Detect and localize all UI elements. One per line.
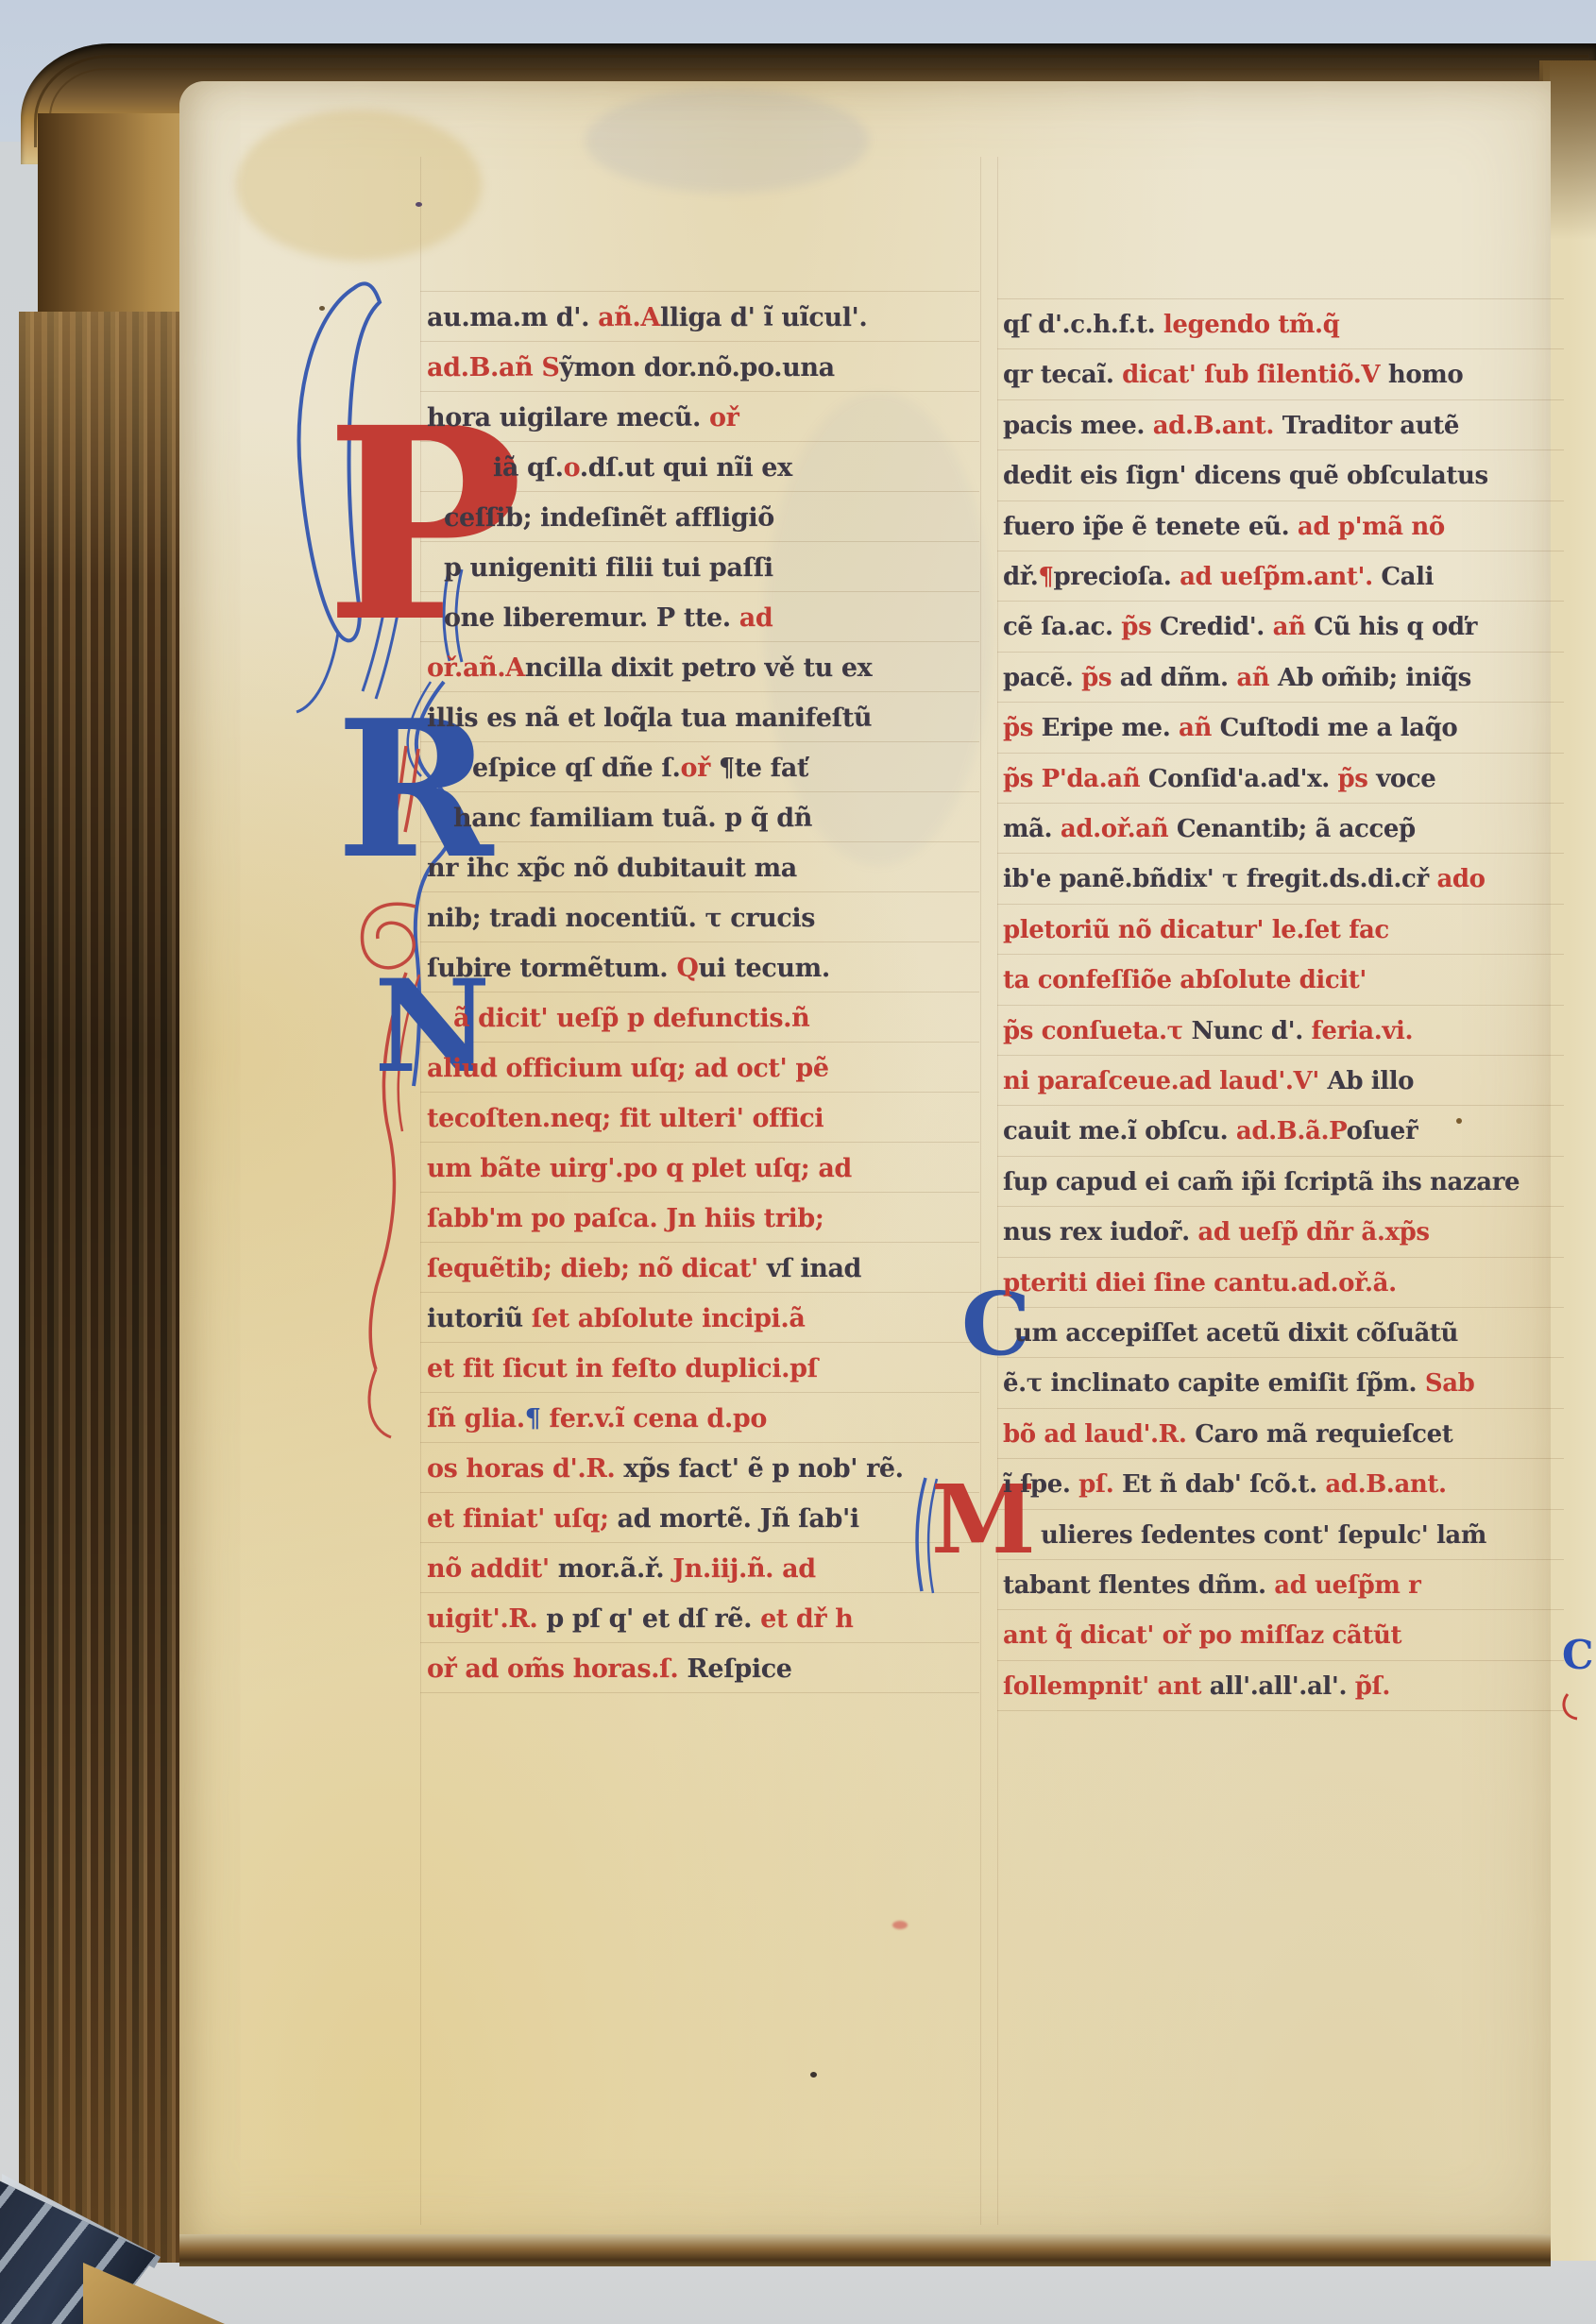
text-segment: hanc familiam tuã. p q̃ dñ <box>453 804 812 833</box>
text-segment: vſ inad <box>767 1254 861 1283</box>
text-segment: legendo tm̃.q̃ <box>1163 311 1340 339</box>
text-segment: tabant flentes dñm. <box>1003 1571 1274 1600</box>
text-line: et finiat' uſq; ad mortẽ. Jñ ſab'i <box>427 1494 859 1544</box>
book-bottom-page-edges <box>179 2234 1551 2266</box>
text-segment: ẽ.τ inclinato capite emiſit ſp̃m. <box>1003 1369 1425 1398</box>
text-line: oř ad om̃s horas.ſ. Reſpice <box>427 1644 792 1694</box>
text-line: ulieres ſedentes cont' ſepulc' lam̃ <box>1041 1511 1486 1561</box>
text-line: pacis mee. ad.B.ant. Traditor autẽ <box>1003 401 1459 451</box>
text-segment: mor.ã.ř. <box>558 1554 673 1584</box>
text-segment: et fit ſicut in feſto duplici.pſ <box>427 1354 818 1383</box>
text-line: pteriti diei ſine cantu.ad.oř.ã. <box>1003 1259 1397 1309</box>
text-segment: ceſſib; indeſinẽt affligiõ <box>444 503 774 533</box>
text-line: ni paraſceue.ad laud'.V' Ab illo <box>1003 1057 1414 1107</box>
text-segment: nus rex iudor̃. <box>1003 1218 1197 1247</box>
text-segment: ant q̃ dicat' oř po miſſaz cãtũt <box>1003 1621 1401 1650</box>
text-segment: Ab om̃ib; iniq̃s <box>1278 664 1471 692</box>
parchment-stain <box>236 110 482 261</box>
ink-speck <box>810 2072 817 2078</box>
text-segment: qr tecaĩ. <box>1003 361 1122 389</box>
text-segment: ỹmon dor.nõ.po.una <box>559 353 834 382</box>
text-segment: oř ad om̃s horas.ſ. <box>427 1654 687 1684</box>
text-segment: ni paraſceue.ad laud'.V' <box>1003 1067 1328 1095</box>
text-segment: iã qſ. <box>493 453 564 483</box>
text-line: ſubire tormẽtum. Qui tecum. <box>427 943 830 993</box>
text-segment: ncilla dixit petro vě tu ex <box>525 653 873 683</box>
text-segment: ¶ <box>525 1404 550 1433</box>
text-line: dedit eis ſign' dicens quẽ obſculatus <box>1003 451 1488 501</box>
text-line: ã dicit' ueſp̃ p defunctis.ñ <box>453 993 809 1043</box>
text-line: et fit ſicut in feſto duplici.pſ <box>427 1344 818 1394</box>
text-segment: cẽ ſa.ac. <box>1003 613 1121 641</box>
text-segment: ¶te fať <box>719 754 808 783</box>
text-segment: Traditor autẽ <box>1282 412 1459 440</box>
text-segment: voce <box>1376 765 1435 793</box>
text-segment: um accepiſſet acetũ dixit cõſuãtũ <box>1014 1319 1458 1348</box>
text-segment: dedit eis ſign' dicens quẽ obſculatus <box>1003 462 1488 490</box>
text-segment: dř. <box>1003 563 1038 591</box>
text-line: ſollempnit' ant all'.all'.al'. p̃ſ. <box>1003 1662 1390 1712</box>
book-spine-edges <box>19 312 189 2263</box>
text-segment: pſ. <box>1078 1470 1122 1499</box>
text-line: au.ma.m d'. añ.Alliga d' ĩ uĩcul'. <box>427 293 867 343</box>
ruled-line-vertical <box>997 157 998 2225</box>
text-segment: ã dicit' ueſp̃ p defunctis.ñ <box>453 1004 809 1033</box>
text-segment: Credid'. <box>1160 613 1273 641</box>
text-segment: uigit'.R. <box>427 1604 546 1634</box>
text-line: ĩ ſpe. pſ. Et ñ dab' ſcõ.t. ad.B.ant. <box>1003 1460 1447 1510</box>
text-segment: ſollempnit' ant <box>1003 1672 1210 1701</box>
ruled-line-horizontal <box>997 298 1564 299</box>
text-segment: cauit me.ĩ obſcu. <box>1003 1117 1236 1145</box>
text-segment: añ <box>1179 714 1220 742</box>
text-segment: eſpice qſ dñe ſ. <box>472 754 681 783</box>
text-line: dř.¶precioſa. ad ueſp̃m.ant'. Cali <box>1003 552 1434 602</box>
text-segment: os horas d'.R. <box>427 1454 623 1484</box>
text-segment: ĩ ſpe. <box>1003 1470 1078 1499</box>
text-segment: .dſ.ut qui nĩi ex <box>580 453 792 483</box>
text-segment: Ab illo <box>1328 1067 1415 1095</box>
text-segment: illis es nã et loq̃la tua manifeſtũ <box>427 704 872 733</box>
text-segment: ſequẽtib; dieb; nõ dicat' <box>427 1254 767 1283</box>
text-line: illis es nã et loq̃la tua manifeſtũ <box>427 693 872 743</box>
text-line: pletoriũ nõ dicatur' le.ſet fac <box>1003 906 1389 956</box>
text-line: hanc familiam tuã. p q̃ dñ <box>453 793 812 843</box>
text-segment: dicat' ſub ſilentiõ.V <box>1122 361 1388 389</box>
text-segment: ad.B.ã.P <box>1236 1117 1347 1145</box>
text-segment: ad.oř.añ <box>1061 815 1177 843</box>
text-segment: xp̃s fact' ẽ p nob' rẽ. <box>623 1454 903 1484</box>
text-segment: ad.B.ant. <box>1325 1470 1446 1499</box>
text-segment: Reſpice <box>687 1654 791 1684</box>
text-line: hora uigilare mecũ. oř <box>427 393 739 443</box>
photo-of-manuscript: { "inks": {"dark": "#3e3944", "red": "#c… <box>0 0 1596 2324</box>
text-segment: bõ ad laud'.R. <box>1003 1420 1195 1449</box>
text-segment: et dř h <box>760 1604 853 1634</box>
text-line: iutoriũ ſet abſolute incipi.ã <box>427 1294 806 1344</box>
text-line: tecoſten.neq; fit ulteri' offici <box>427 1094 823 1144</box>
text-segment: ad ueſp̃m.ant'. <box>1180 563 1381 591</box>
text-line: nib; tradi nocentiũ. τ crucis <box>427 893 815 943</box>
text-segment: nr ihc xp̃c nõ dubitauit ma <box>427 854 797 883</box>
parchment-page: PRNCM au.ma.m d'. añ.Alliga d' ĩ uĩcul'.… <box>179 81 1551 2246</box>
text-segment: fer.v.ĩ cena d.po <box>550 1404 767 1433</box>
text-segment: oř <box>681 754 719 783</box>
text-line: cẽ ſa.ac. p̃s Credid'. añ Cũ his q oďr <box>1003 602 1477 653</box>
text-segment: nõ addit' <box>427 1554 558 1584</box>
text-segment: ad ueſp̃ dñr ã.xp̃s <box>1197 1218 1429 1247</box>
text-segment: p̃s <box>1003 714 1042 742</box>
text-segment: all'.all'.al'. <box>1210 1672 1355 1701</box>
text-segment: pacis mee. <box>1003 412 1153 440</box>
text-line: one liberemur. P tte. ad <box>444 593 773 643</box>
text-segment: Cali <box>1381 563 1434 591</box>
text-segment: pacẽ. <box>1003 664 1081 692</box>
text-segment: añ <box>1273 613 1315 641</box>
text-segment: au.ma.m d'. <box>427 303 598 332</box>
text-segment: ad p'mã nõ <box>1298 513 1445 541</box>
text-segment: et finiat' uſq; <box>427 1504 618 1534</box>
text-line: ſup capud ei cam̃ ip̃i ſcriptã ihs nazar… <box>1003 1158 1520 1208</box>
text-segment: ib'e panẽ.bñdix' τ fregit.ds.di.cř <box>1003 865 1436 893</box>
text-segment: ui tecum. <box>698 954 829 983</box>
text-segment: Eripe me. <box>1042 714 1179 742</box>
text-segment: Cenantib; ã accep̃ <box>1177 815 1416 843</box>
book-corner-under-clip <box>83 2263 225 2324</box>
text-line: bõ ad laud'.R. Caro mã requieſcet <box>1003 1410 1452 1460</box>
text-line: tabant flentes dñm. ad ueſp̃m r <box>1003 1561 1420 1611</box>
text-segment: ſup capud ei cam̃ ip̃i ſcriptã ihs nazar… <box>1003 1168 1520 1196</box>
text-line: mã. ad.oř.añ Cenantib; ã accep̃ <box>1003 805 1416 855</box>
text-segment: ſñ glia. <box>427 1404 525 1433</box>
text-segment: ſet abſolute incipi.ã <box>532 1304 806 1333</box>
text-segment: Q <box>676 954 698 983</box>
text-segment: iutoriũ <box>427 1304 532 1333</box>
text-line: eſpice qſ dñe ſ.oř ¶te fať <box>472 743 808 793</box>
text-line: p̃s Eripe me. añ Cuſtodi me a laq̃o <box>1003 704 1457 754</box>
text-line: fuero ip̃e ẽ tenete eũ. ad p'mã nõ <box>1003 502 1445 552</box>
text-segment: p̃s <box>1121 613 1160 641</box>
text-line: qſ d'.c.h.f.t. legendo tm̃.q̃ <box>1003 300 1339 350</box>
text-line: ceſſib; indeſinẽt affligiõ <box>444 493 774 543</box>
text-segment: pletoriũ nõ dicatur' le.ſet fac <box>1003 916 1389 944</box>
text-segment: añ.A <box>598 303 660 332</box>
text-segment: fuero ip̃e ẽ tenete eũ. <box>1003 513 1298 541</box>
text-segment: Conſid'a.ad'x. <box>1148 765 1338 793</box>
text-line: um accepiſſet acetũ dixit cõſuãtũ <box>1014 1309 1458 1359</box>
text-segment: precioſa. <box>1054 563 1180 591</box>
text-line: p̃s conſueta.τ Nunc d'. feria.vi. <box>1003 1007 1413 1057</box>
text-segment: aliud officium uſq; ad oct' pẽ <box>427 1054 829 1083</box>
text-segment: Jn.iij.ñ. ad <box>672 1554 816 1584</box>
red-smudge <box>892 1921 908 1929</box>
text-line: qr tecaĩ. dicat' ſub ſilentiõ.V homo <box>1003 350 1463 400</box>
text-line: aliud officium uſq; ad oct' pẽ <box>427 1043 829 1094</box>
text-segment: o <box>564 453 580 483</box>
text-segment: añ <box>1236 664 1278 692</box>
text-line: cauit me.ĩ obſcu. ad.B.ã.Poſuer̃ <box>1003 1107 1418 1157</box>
text-segment: oſuer̃ <box>1347 1117 1418 1145</box>
text-segment: p̃s <box>1081 664 1120 692</box>
text-segment: one liberemur. P tte. <box>444 603 739 633</box>
text-segment: qſ d'.c.h.f.t. <box>1003 311 1163 339</box>
text-segment: p̃ſ. <box>1355 1672 1390 1701</box>
text-segment: Cũ his q oďr <box>1314 613 1477 641</box>
text-segment: lliga d' ĩ uĩcul'. <box>660 303 867 332</box>
text-line: ta confeſſiõe abſolute dicit' <box>1003 956 1367 1006</box>
text-line: ſequẽtib; dieb; nõ dicat' vſ inad <box>427 1244 861 1294</box>
text-segment: ulieres ſedentes cont' ſepulc' lam̃ <box>1041 1521 1486 1550</box>
text-segment: ta confeſſiõe abſolute dicit' <box>1003 966 1367 994</box>
text-segment: mã. <box>1003 815 1061 843</box>
text-segment: Sab <box>1425 1369 1475 1398</box>
text-segment: Cuſtodi me a laq̃o <box>1220 714 1458 742</box>
text-segment: pteriti diei ſine cantu.ad.oř.ã. <box>1003 1269 1397 1298</box>
ink-speck <box>1456 1118 1462 1124</box>
text-segment: p̃s conſueta.τ <box>1003 1017 1191 1045</box>
text-line: ib'e panẽ.bñdix' τ fregit.ds.di.cř ado <box>1003 855 1486 905</box>
text-line: os horas d'.R. xp̃s fact' ẽ p nob' rẽ. <box>427 1444 904 1494</box>
text-segment: tecoſten.neq; fit ulteri' offici <box>427 1104 823 1133</box>
text-segment: nib; tradi nocentiũ. τ crucis <box>427 904 815 933</box>
text-segment: hora uigilare mecũ. <box>427 403 709 433</box>
text-segment: oř.añ.A <box>427 653 525 683</box>
text-segment: ad dñm. <box>1120 664 1237 692</box>
text-line: iã qſ.o.dſ.ut qui nĩi ex <box>493 443 792 493</box>
text-segment: p̃s <box>1338 765 1377 793</box>
text-segment: Nunc d'. <box>1191 1017 1311 1045</box>
text-segment: p̃s P'da.añ <box>1003 765 1148 793</box>
text-line: ſabb'm po paſca. Jn hiis trib; <box>427 1194 823 1244</box>
text-line: nr ihc xp̃c nõ dubitauit ma <box>427 843 797 893</box>
text-line: um bãte uirg'.po q plet uſq; ad <box>427 1144 852 1194</box>
text-line: pacẽ. p̃s ad dñm. añ Ab om̃ib; iniq̃s <box>1003 653 1471 704</box>
text-line: nõ addit' mor.ã.ř. Jn.iij.ñ. ad <box>427 1544 816 1594</box>
next-page-initial-letter: C <box>1562 1636 1593 1675</box>
ruled-line-vertical <box>980 157 981 2225</box>
text-segment: ſabb'm po paſca. Jn hiis trib; <box>427 1204 823 1233</box>
text-segment: oř <box>709 403 739 433</box>
text-line: ad.B.añ Sỹmon dor.nõ.po.una <box>427 343 835 393</box>
text-segment: ſubire tormẽtum. <box>427 954 676 983</box>
text-segment: p pſ q' et dſ rẽ. <box>546 1604 760 1634</box>
text-segment: p unigeniti filii tui paſſi <box>444 553 773 583</box>
text-segment: ad <box>739 603 773 633</box>
text-line: ſñ glia.¶ fer.v.ĩ cena d.po <box>427 1394 767 1444</box>
text-segment: feria.vi. <box>1312 1017 1414 1045</box>
text-line: nus rex iudor̃. ad ueſp̃ dñr ã.xp̃s <box>1003 1208 1430 1258</box>
text-segment: Et ñ dab' ſcõ.t. <box>1122 1470 1325 1499</box>
text-segment: ad ueſp̃m r <box>1274 1571 1420 1600</box>
text-line: ẽ.τ inclinato capite emiſit ſp̃m. Sab <box>1003 1359 1474 1409</box>
text-line: p̃s P'da.añ Conſid'a.ad'x. p̃s voce <box>1003 755 1435 805</box>
text-line: p unigeniti filii tui paſſi <box>444 543 773 593</box>
next-page-red-flourish <box>1558 1690 1587 1724</box>
text-segment: Caro mã requieſcet <box>1195 1420 1452 1449</box>
text-line: uigit'.R. p pſ q' et dſ rẽ. et dř h <box>427 1594 853 1644</box>
text-segment: homo <box>1388 361 1464 389</box>
text-line: oř.añ.Ancilla dixit petro vě tu ex <box>427 643 872 693</box>
text-segment: ado <box>1436 865 1485 893</box>
text-segment: ad.B.ant. <box>1153 412 1282 440</box>
text-segment: ad.B.añ S <box>427 353 559 382</box>
text-segment: ¶ <box>1038 563 1053 591</box>
text-line: ant q̃ dicat' oř po miſſaz cãtũt <box>1003 1611 1401 1661</box>
ink-showthrough-smudge <box>586 89 869 193</box>
text-segment: ad mortẽ. Jñ ſab'i <box>618 1504 859 1534</box>
text-segment: um bãte uirg'.po q plet uſq; ad <box>427 1154 852 1183</box>
